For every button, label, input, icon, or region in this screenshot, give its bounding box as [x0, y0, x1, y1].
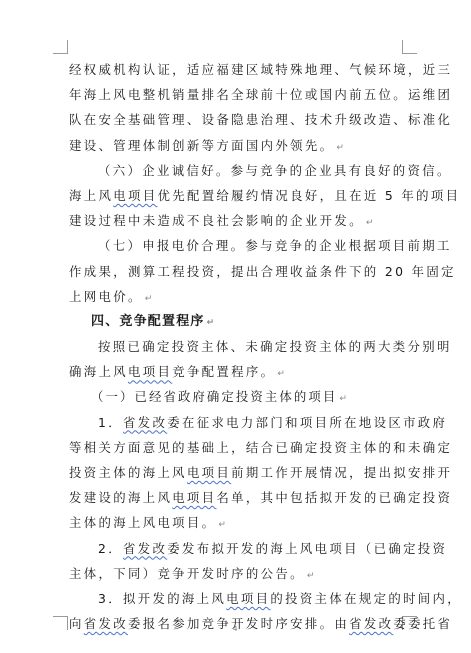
line-text: 建设过程中未造成不良社会影响的企业开发。 — [69, 213, 364, 228]
line-text: 名单，其中包括拟开发的已确定投资 — [216, 490, 452, 505]
document-body[interactable]: 经权威机构认证，适应福建区域特殊地理、气候环境，近三 年海上风电整机销量排名全球… — [69, 57, 403, 636]
line-text: 3．拟开发的海上风 — [98, 591, 226, 606]
line-text: 委报名参加竞争开发时序安排。由 — [128, 616, 349, 631]
page-number: 4 — [233, 625, 237, 633]
line-text: 海上风 — [69, 188, 113, 203]
text-line: （六）企业诚信好。参与竞争的企业具有良好的资信。 — [69, 158, 403, 183]
text-line: 年海上风电整机销量排名全球前十位或国内前五位。运维团 — [69, 82, 403, 107]
text-line: 作成果，测算工程投资，提出合理收益条件下的 20 年固定 — [69, 259, 403, 284]
text-line: 确海上风电项目竞争配置程序。↵ — [69, 359, 403, 384]
margin-corner-bottom-left — [53, 616, 68, 630]
spellcheck-flagged-text: 电项目 — [113, 188, 157, 203]
line-text: 建设、管理体制创新等方面国内外领先。 — [69, 138, 334, 153]
line-text: 优先配置给履约情况良好，且在近 5 年的项目 — [157, 188, 460, 203]
line-text: 上网电价。 — [69, 289, 143, 304]
text-line: 发建设的海上风电项目名单，其中包括拟开发的已确定投资 — [69, 485, 403, 510]
heading-text: （一）已经省政府确定投资主体的项目 — [91, 389, 337, 404]
paragraph-mark-icon: ↵ — [339, 394, 347, 404]
line-text: 1． — [98, 415, 123, 430]
line-text: 等相关方面意见的基础上，结合已确定投资主体的和未确定 — [69, 440, 452, 455]
line-text: 向 — [69, 616, 84, 631]
text-line: 3．拟开发的海上风电项目的投资主体在规定的时间内， — [69, 586, 403, 611]
line-text: 队在安全基础管理、设备隐患治理、技术升级改造、标准化 — [69, 112, 452, 127]
line-text: （七）申报电价合理。参与竞争的企业根据项目前期工 — [98, 238, 452, 253]
spellcheck-flagged-text: 电项目 — [187, 465, 231, 480]
line-text: 投资主体的海上风 — [69, 465, 187, 480]
paragraph-mark-icon: ↵ — [218, 520, 226, 530]
line-text: 作成果，测算工程投资，提出合理收益条件下的 20 年固定 — [69, 264, 456, 279]
paragraph-mark-icon: ↵ — [207, 318, 215, 328]
text-line: 按照已确定投资主体、未确定投资主体的两大类分别明 — [69, 334, 403, 359]
text-line: 建设、管理体制创新等方面国内外领先。↵ — [69, 133, 403, 158]
text-line: 等相关方面意见的基础上，结合已确定投资主体的和未确定 — [69, 435, 403, 460]
spellcheck-flagged-text: 电项目 — [226, 591, 270, 606]
heading-text: 四、竞争配置程序 — [91, 314, 205, 329]
line-text: 主体，下同）竞争开发时序的公告。 — [69, 566, 305, 581]
spellcheck-flagged-text: 电项目 — [172, 490, 216, 505]
text-line: （七）申报电价合理。参与竞争的企业根据项目前期工 — [69, 233, 403, 258]
text-line: 主体的海上风电项目。↵ — [69, 510, 403, 535]
text-line: 队在安全基础管理、设备隐患治理、技术升级改造、标准化 — [69, 107, 403, 132]
paragraph-mark-icon: ↵ — [277, 369, 285, 379]
text-line: 海上风电项目优先配置给履约情况良好，且在近 5 年的项目 — [69, 183, 403, 208]
spellcheck-flagged-text: 省发改 — [349, 616, 393, 631]
line-text: （六）企业诚信好。参与竞争的企业具有良好的资信。 — [98, 163, 452, 178]
line-text: 竞争配置程序。 — [172, 364, 275, 379]
line-text: 经权威机构认证，适应福建区域特殊地理、气候环境，近三 — [69, 62, 452, 77]
line-text: 前期工作开展情况，提出拟安排开 — [231, 465, 452, 480]
line-text: 年海上风电整机销量排名全球前十位或国内前五位。运维团 — [69, 87, 452, 102]
text-line: 主体，下同）竞争开发时序的公告。↵ — [69, 561, 403, 586]
text-line: 2．省发改委发布拟开发的海上风电项目（已确定投资 — [69, 536, 403, 561]
paragraph-mark-icon: ↵ — [366, 218, 374, 228]
line-text: 发建设的海上风 — [69, 490, 172, 505]
line-text: 委委托省 — [393, 616, 452, 631]
line-text: 委在征求电力部门和项目所在地设区市政府 — [167, 415, 447, 430]
margin-corner-top-left — [53, 40, 68, 54]
section-heading: 四、竞争配置程序↵ — [69, 309, 403, 334]
spellcheck-flagged-text: 电项目 — [128, 364, 172, 379]
paragraph-mark-icon: ↵ — [307, 571, 315, 581]
line-text: 确海上风 — [69, 364, 128, 379]
document-page: 经权威机构认证，适应福建区域特殊地理、气候环境，近三 年海上风电整机销量排名全球… — [0, 0, 471, 653]
line-text: 的投资主体在规定的时间内， — [270, 591, 462, 606]
text-line: 投资主体的海上风电项目前期工作开展情况，提出拟安排开 — [69, 460, 403, 485]
line-text: 主体的海上风电项目。 — [69, 515, 216, 530]
text-line: 上网电价。↵ — [69, 284, 403, 309]
paragraph-mark-icon: ↵ — [145, 294, 153, 304]
margin-corner-top-right — [402, 40, 417, 54]
spellcheck-flagged-text: 省发改 — [123, 541, 167, 556]
spellcheck-flagged-text: 省发改 — [84, 616, 128, 631]
subsection-heading: （一）已经省政府确定投资主体的项目↵ — [69, 384, 403, 409]
line-text: 2． — [98, 541, 123, 556]
spellcheck-flagged-text: 省发改 — [123, 415, 167, 430]
paragraph-mark-icon: ↵ — [336, 143, 344, 153]
line-text: 委发布拟开发的海上风电项目（已确定投资 — [167, 541, 447, 556]
line-text: 按照已确定投资主体、未确定投资主体的两大类分别明 — [98, 339, 452, 354]
text-line: 经权威机构认证，适应福建区域特殊地理、气候环境，近三 — [69, 57, 403, 82]
text-line: 建设过程中未造成不良社会影响的企业开发。↵ — [69, 208, 403, 233]
text-line: 1．省发改委在征求电力部门和项目所在地设区市政府 — [69, 410, 403, 435]
